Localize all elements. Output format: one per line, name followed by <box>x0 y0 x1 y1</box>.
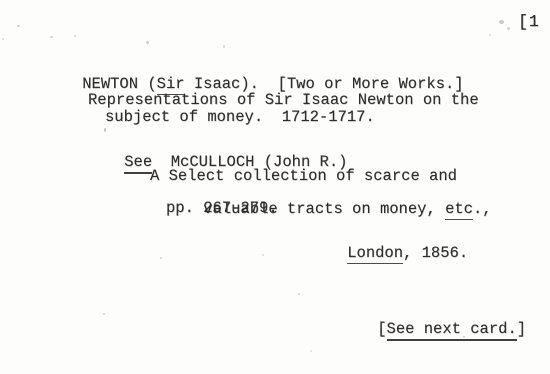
work-line-2-underlined-etc: etc <box>445 200 473 220</box>
see-reference-see: See <box>124 153 152 174</box>
title-line-2: subject of money. 1712-1717. <box>105 109 375 126</box>
next-card-note: [See next card.] <box>340 304 526 355</box>
title-line-1: Representations of Sir Isaac Newton on t… <box>88 92 479 109</box>
work-line-1: A Select collection of scarce and <box>150 168 457 185</box>
imprint-year: , 1856. <box>403 244 468 262</box>
next-card-open-bracket: [ <box>377 320 386 338</box>
catalog-card: [1 NEWTON (Sir Isaac). [Two or More Work… <box>0 0 550 374</box>
work-line-3-pages: pp. 267-279. <box>166 200 278 217</box>
work-line-2-post: ., <box>473 200 492 218</box>
next-card-close-bracket: ] <box>517 320 526 338</box>
imprint-place-underlined: London <box>347 244 403 264</box>
next-card-underlined: See next card. <box>387 320 517 341</box>
corner-sequence-mark: [1 <box>518 13 540 30</box>
imprint-line: London, 1856. <box>310 228 468 279</box>
